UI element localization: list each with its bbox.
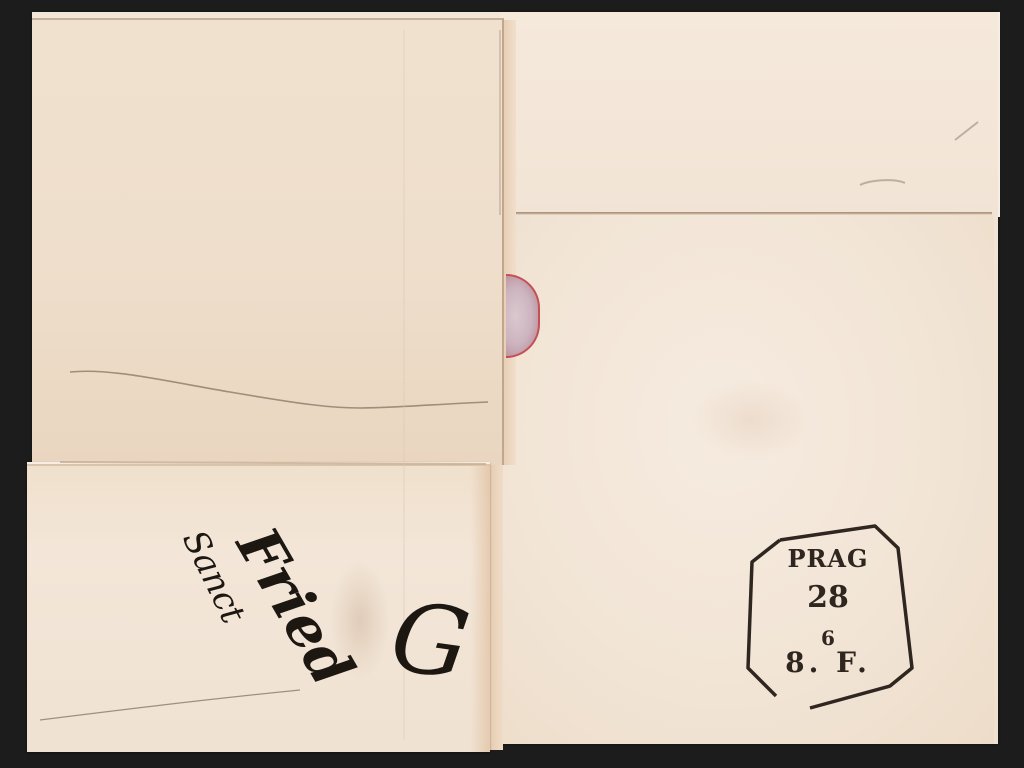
postmark: PRAG 28 6 8. F.	[740, 518, 916, 714]
photo-background: PRAG 28 6 8. F. Sanct Fried G	[0, 0, 1024, 768]
letter-flap-upper-left	[32, 18, 504, 465]
handwriting-capital: G	[384, 580, 476, 702]
postmark-day: 28	[740, 580, 916, 615]
postmark-time: 8. F.	[740, 646, 916, 679]
postmark-city: PRAG	[740, 544, 916, 573]
letter-panel-top-right	[500, 12, 1000, 217]
